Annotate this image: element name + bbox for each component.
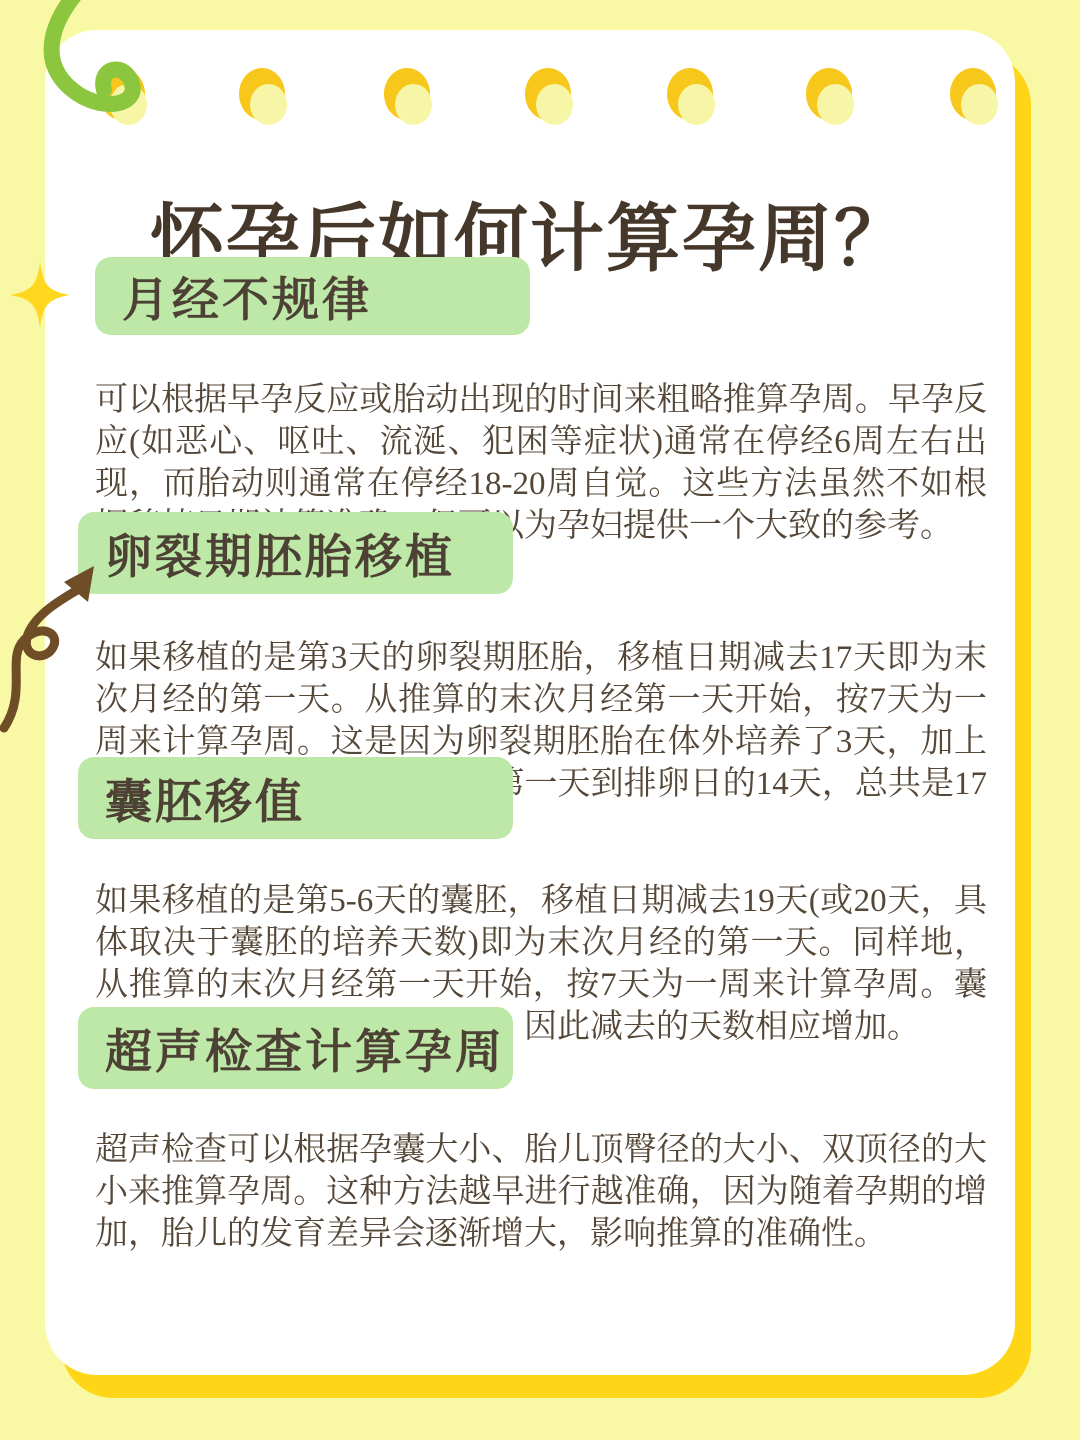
section-heading-label: 月经不规律 (122, 263, 372, 330)
section-heading-irregular-menstruation: 月经不规律 (95, 257, 530, 335)
binder-dot-icon (667, 68, 713, 125)
section-heading-cleavage-embryo-transfer: 卵裂期胚胎移植 (78, 512, 513, 594)
content-card: 怀孕后如何计算孕周？ 月经不规律 可以根据早孕反应或胎动出现的时间来粗略推算孕周… (45, 30, 1015, 1375)
section-heading-ultrasound: 超声检查计算孕周 (78, 1007, 513, 1089)
binder-dot-icon (525, 68, 571, 125)
section-body-ultrasound: 超声检查可以根据孕囊大小、胎儿顶臀径的大小、双顶径的大小来推算孕周。这种方法越早… (95, 1129, 987, 1255)
binder-dot-icon (99, 68, 145, 125)
infographic-page: 怀孕后如何计算孕周？ 月经不规律 可以根据早孕反应或胎动出现的时间来粗略推算孕周… (0, 0, 1080, 1440)
section-heading-label: 超声检查计算孕周 (105, 1015, 505, 1082)
section-heading-label: 卵裂期胚胎移植 (105, 520, 455, 587)
binder-dot-icon (806, 68, 852, 125)
binder-dot-icon (239, 68, 285, 125)
section-heading-label: 囊胚移值 (105, 765, 305, 832)
binder-dot-icon (384, 68, 430, 125)
section-heading-blastocyst-transfer: 囊胚移值 (78, 757, 513, 839)
binder-dot-icon (950, 68, 996, 125)
